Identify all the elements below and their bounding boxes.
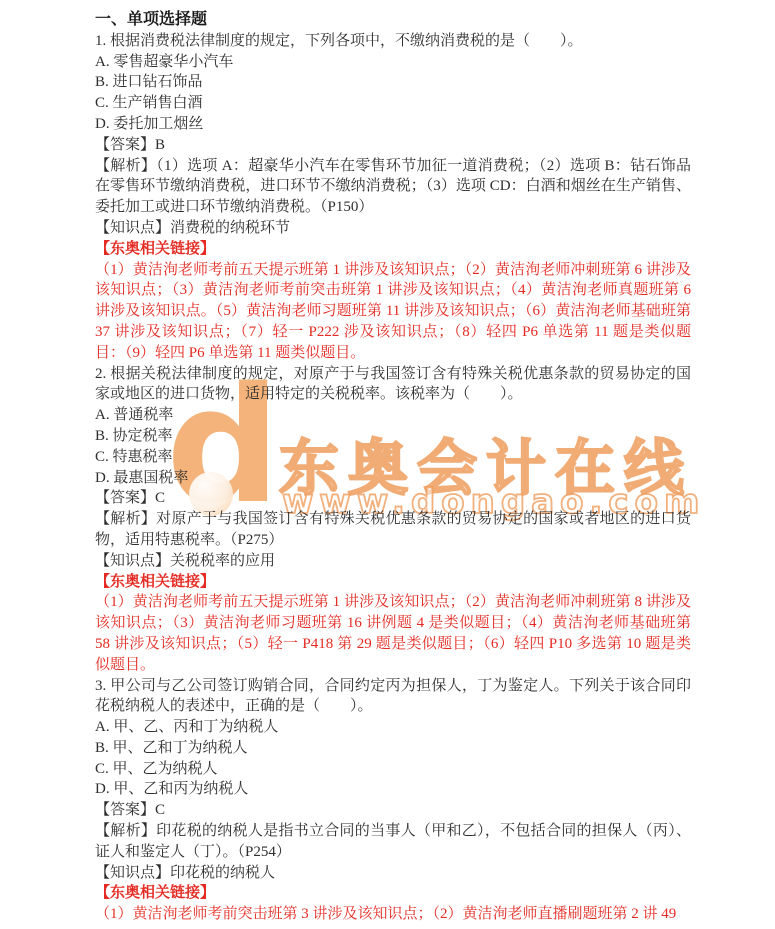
q3-analysis-line: 【解析】印花税的纳税人是指书立合同的当事人（甲和乙），不包括合同的担保人（丙）、…	[95, 821, 691, 863]
q3-dongao-links-text: （1）黄洁洵老师考前突击班第 3 讲涉及该知识点；（2）黄洁洵老师直播刷题班第 …	[95, 904, 691, 925]
q1-stem: 1. 根据消费税法律制度的规定，下列各项中，不缴纳消费税的是（ ）。	[95, 31, 691, 52]
q1-analysis-text: （1）选项 A：超豪华小汽车在零售环节加征一道消费税；（2）选项 B：钻石饰品在…	[95, 158, 691, 216]
q3-knowledge-line: 【知识点】印花税的纳税人	[95, 863, 691, 884]
q1-knowledge-line: 【知识点】消费税的纳税环节	[95, 218, 691, 239]
analysis-label: 【解析】	[95, 511, 156, 527]
q3-knowledge-text: 印花税的纳税人	[170, 865, 275, 881]
q2-dongao-links-text: （1）黄洁洵老师考前五天提示班第 1 讲涉及该知识点；（2）黄洁洵老师冲刺班第 …	[95, 592, 691, 675]
q3-option-d: D. 甲、乙和丙为纳税人	[95, 779, 691, 800]
q2-knowledge-text: 关税税率的应用	[170, 553, 275, 569]
q1-dongao-links-heading: 【东奥相关链接】	[95, 239, 691, 260]
q1-answer-value: B	[155, 137, 165, 153]
q1-dongao-links-text: （1）黄洁洵老师考前五天提示班第 1 讲涉及该知识点；（2）黄洁洵老师冲刺班第 …	[95, 260, 691, 364]
q1-option-b: B. 进口钻石饰品	[95, 72, 691, 93]
q3-dongao-links-heading: 【东奥相关链接】	[95, 883, 691, 904]
q1-knowledge-text: 消费税的纳税环节	[170, 220, 290, 236]
answer-label: 【答案】	[95, 137, 155, 153]
question-block-3: 3. 甲公司与乙公司签订购销合同，合同约定丙为担保人，丁为鉴定人。下列关于该合同…	[95, 676, 691, 926]
question-block-1: 1. 根据消费税法律制度的规定，下列各项中，不缴纳消费税的是（ ）。 A. 零售…	[95, 31, 691, 364]
q3-option-b: B. 甲、乙和丁为纳税人	[95, 738, 691, 759]
q2-option-a: A. 普通税率	[95, 405, 691, 426]
question-block-2: 2. 根据关税法律制度的规定，对原产于与我国签订含有特殊关税优惠条款的贸易协定的…	[95, 364, 691, 676]
q3-option-a: A. 甲、乙、丙和丁为纳税人	[95, 717, 691, 738]
answer-label: 【答案】	[95, 490, 155, 506]
q1-option-d: D. 委托加工烟丝	[95, 114, 691, 135]
q1-option-c: C. 生产销售白酒	[95, 93, 691, 114]
knowledge-label: 【知识点】	[95, 865, 170, 881]
q2-option-b: B. 协定税率	[95, 426, 691, 447]
q2-dongao-links-heading: 【东奥相关链接】	[95, 572, 691, 593]
q3-answer-value: C	[155, 802, 165, 818]
document-page: 一、单项选择题 1. 根据消费税法律制度的规定，下列各项中，不缴纳消费税的是（ …	[0, 0, 775, 925]
analysis-label: 【解析】	[95, 823, 156, 839]
q2-knowledge-line: 【知识点】关税税率的应用	[95, 551, 691, 572]
q2-analysis-line: 【解析】对原产于与我国签订含有特殊关税优惠条款的贸易协定的国家或者地区的进口货物…	[95, 509, 691, 551]
q2-analysis-text: 对原产于与我国签订含有特殊关税优惠条款的贸易协定的国家或者地区的进口货物，适用特…	[95, 511, 691, 548]
q1-analysis-line: 【解析】（1）选项 A：超豪华小汽车在零售环节加征一道消费税；（2）选项 B：钻…	[95, 156, 691, 218]
q2-answer-value: C	[155, 490, 165, 506]
answer-label: 【答案】	[95, 802, 155, 818]
knowledge-label: 【知识点】	[95, 553, 170, 569]
q2-option-d: D. 最惠国税率	[95, 468, 691, 489]
section-title: 一、单项选择题	[95, 10, 691, 31]
q2-option-c: C. 特惠税率	[95, 447, 691, 468]
q3-analysis-text: 印花税的纳税人是指书立合同的当事人（甲和乙），不包括合同的担保人（丙）、证人和鉴…	[95, 823, 691, 860]
q2-stem: 2. 根据关税法律制度的规定，对原产于与我国签订含有特殊关税优惠条款的贸易协定的…	[95, 364, 691, 406]
q1-answer-line: 【答案】B	[95, 135, 691, 156]
q1-option-a: A. 零售超豪华小汽车	[95, 52, 691, 73]
q3-answer-line: 【答案】C	[95, 800, 691, 821]
q2-answer-line: 【答案】C	[95, 488, 691, 509]
q3-option-c: C. 甲、乙为纳税人	[95, 759, 691, 780]
analysis-label: 【解析】	[95, 158, 156, 174]
knowledge-label: 【知识点】	[95, 220, 170, 236]
q3-stem: 3. 甲公司与乙公司签订购销合同，合同约定丙为担保人，丁为鉴定人。下列关于该合同…	[95, 676, 691, 718]
